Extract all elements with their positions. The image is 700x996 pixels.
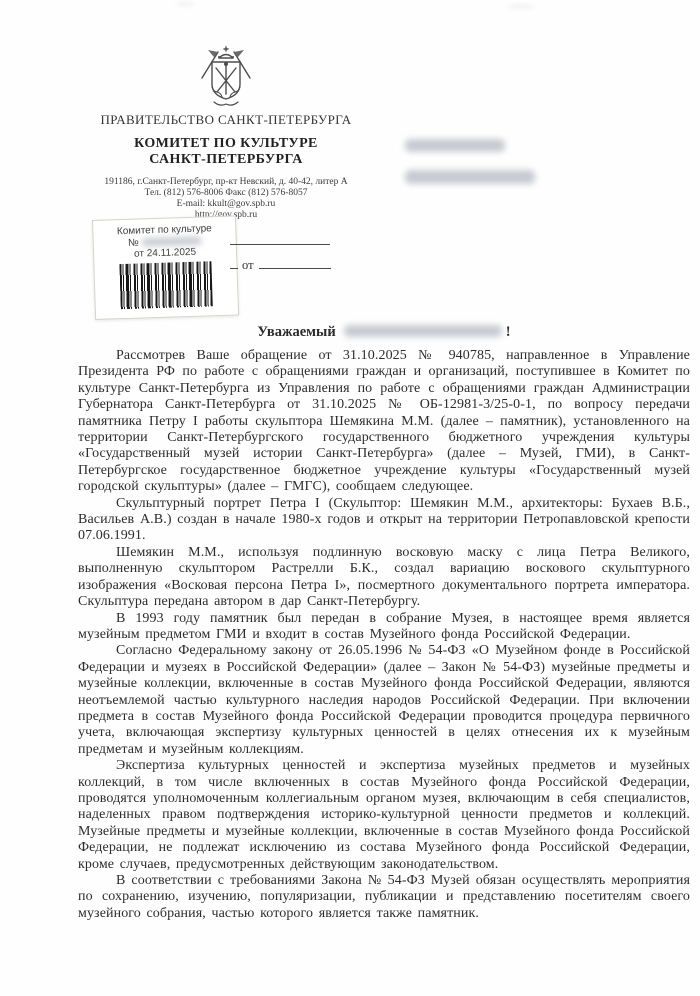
email: E-mail: kkult@gov.spb.ru bbox=[66, 199, 386, 209]
phone-fax: Тел. (812) 576-8006 Факс (812) 576-8057 bbox=[66, 188, 386, 198]
redacted-recipient-email bbox=[405, 170, 535, 184]
letter-body: Рассмотрев Ваше обращение от 31.10.2025 … bbox=[78, 348, 690, 922]
spb-coat-of-arms-icon bbox=[192, 44, 260, 110]
paragraph: Рассмотрев Ваше обращение от 31.10.2025 … bbox=[78, 348, 690, 496]
scan-smudge bbox=[508, 4, 534, 9]
postal-address: 191186, г.Санкт-Петербург, пр-кт Невский… bbox=[66, 177, 386, 187]
redacted-recipient-name bbox=[405, 139, 505, 152]
scanned-letter-page: { "letterhead": { "government": "ПРАВИТЕ… bbox=[0, 0, 700, 996]
greeting-line: Уважаемый! bbox=[78, 324, 690, 341]
paragraph: Согласно Федеральному закону от 26.05.19… bbox=[78, 643, 690, 758]
paragraph: Экспертиза культурных ценностей и экспер… bbox=[78, 758, 690, 873]
barcode bbox=[119, 261, 212, 309]
reference-number-line bbox=[230, 234, 350, 249]
greeting-exclamation: ! bbox=[506, 324, 511, 340]
committee-name-line1: КОМИТЕТ ПО КУЛЬТУРЕ bbox=[66, 136, 386, 152]
scan-smudge bbox=[176, 2, 194, 6]
paragraph: Скульптурный портрет Петра I (Скульптор:… bbox=[78, 496, 690, 545]
registration-stamp: Комитет по культуре № от 24.11.2025 bbox=[92, 215, 239, 319]
reference-date-label: от bbox=[242, 258, 254, 272]
paragraph: В соответствии с требованиями Закона № 5… bbox=[78, 873, 690, 922]
reference-date-line: от bbox=[230, 258, 350, 273]
salutation: Уважаемый bbox=[257, 324, 335, 340]
committee-name-line2: САНКТ-ПЕТЕРБУРГА bbox=[66, 152, 386, 168]
contact-block: 191186, г.Санкт-Петербург, пр-кт Невский… bbox=[66, 177, 386, 220]
redacted-addressee-name bbox=[344, 325, 502, 337]
stamp-number-prefix: № bbox=[128, 237, 139, 248]
reference-block: от bbox=[230, 234, 350, 273]
redacted-stamp-number bbox=[141, 236, 201, 246]
letterhead: ПРАВИТЕЛЬСТВО САНКТ-ПЕТЕРБУРГА КОМИТЕТ П… bbox=[66, 112, 386, 220]
paragraph: В 1993 году памятник был передан в собра… bbox=[78, 611, 690, 644]
government-title: ПРАВИТЕЛЬСТВО САНКТ-ПЕТЕРБУРГА bbox=[66, 112, 386, 128]
paragraph: Шемякин М.М., используя подлинную восков… bbox=[78, 545, 690, 611]
